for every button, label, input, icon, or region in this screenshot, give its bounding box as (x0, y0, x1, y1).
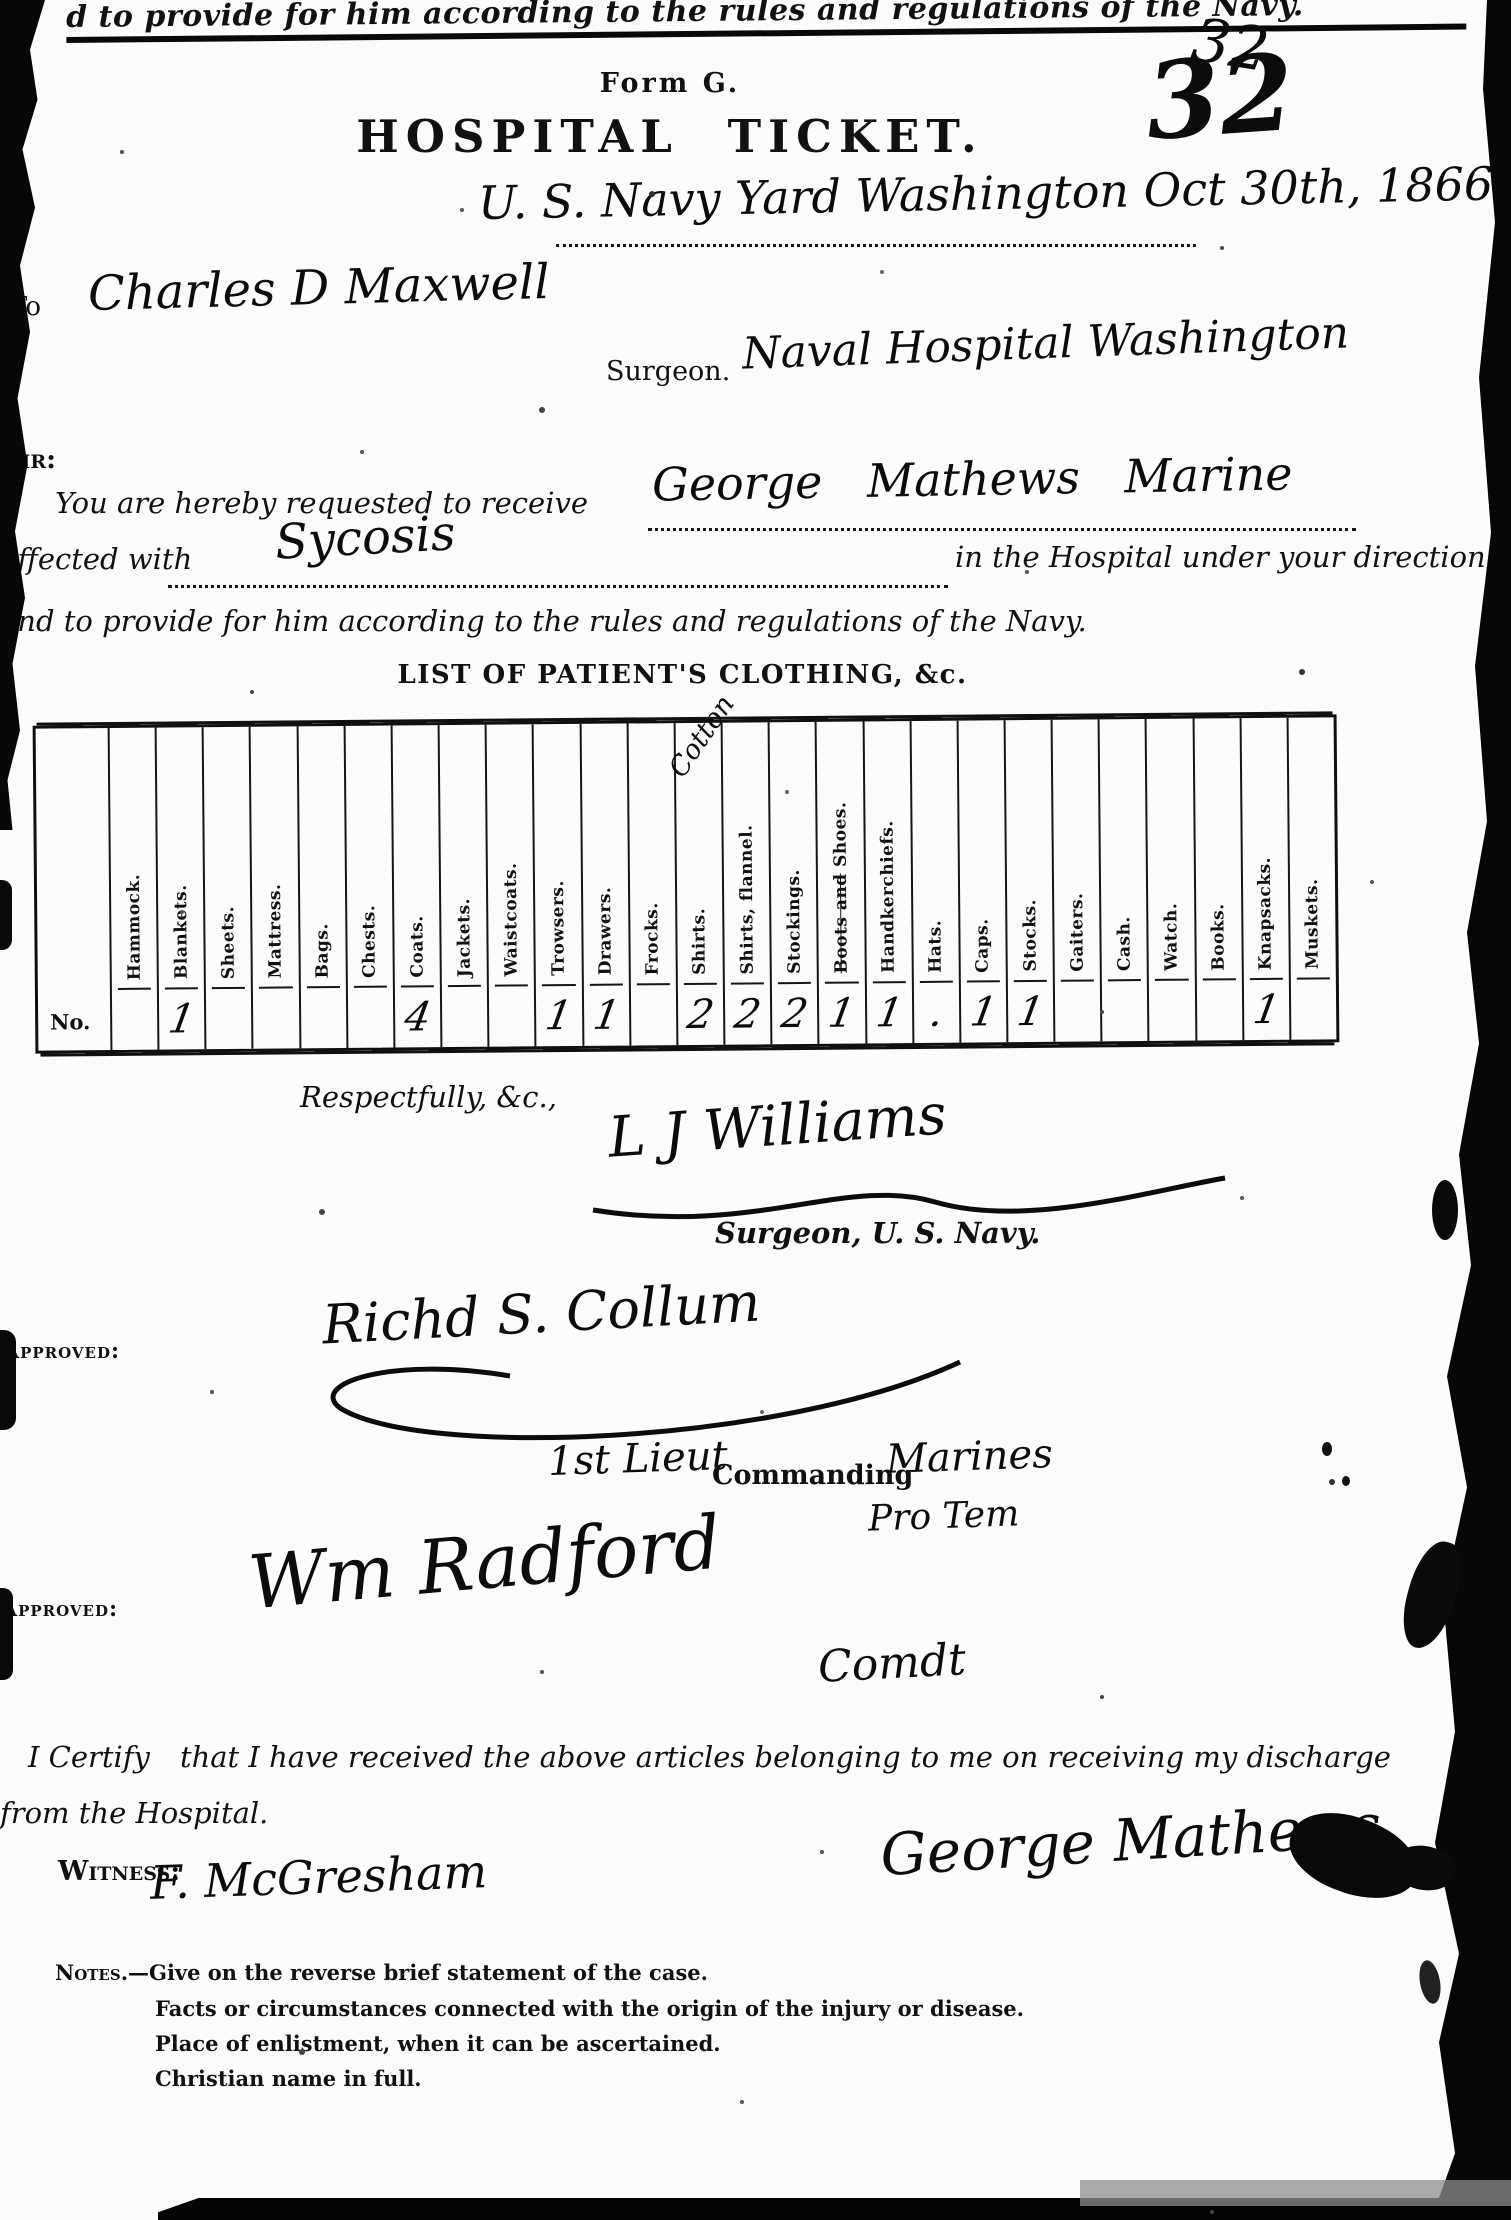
column-header: Bags. (313, 923, 333, 978)
column-header: Books. (1208, 903, 1229, 971)
clothing-column: Watch. (1145, 719, 1195, 1041)
clothing-column: Mattress. (249, 726, 299, 1048)
clothing-column: Hammock. (108, 728, 158, 1050)
column-header: Stocks. (1020, 899, 1041, 972)
approver-rank-handwritten: 1st Lieut (547, 1433, 728, 1485)
clothing-column: Jackets. (438, 725, 488, 1047)
column-header: Trowsers. (548, 880, 569, 976)
witness-signature: F. McGresham (149, 1844, 488, 1910)
column-value (1192, 980, 1247, 1040)
column-value: 1 (154, 989, 209, 1049)
column-header: Cash. (1114, 916, 1134, 971)
clothing-column: Knapsacks.1 (1239, 718, 1289, 1040)
direction-line: in the Hospital under your direction. (955, 540, 1495, 574)
clothing-table: No. Hammock.Blankets.1Sheets.Mattress.Ba… (33, 714, 1340, 1053)
certify-intro: I Certify (28, 1740, 150, 1774)
column-value: 1 (862, 983, 917, 1043)
clothing-column: Coats.4 (391, 725, 441, 1047)
clothing-column: Boots and Shoes.1 (815, 721, 865, 1043)
column-value: 1 (532, 986, 587, 1046)
column-header: Chests. (360, 905, 381, 978)
form-number-label: Form G. (0, 68, 1340, 99)
column-value (249, 988, 304, 1048)
column-header: Gaiters. (1067, 892, 1088, 971)
column-header: Drawers. (595, 887, 616, 976)
column-header: Blankets. (171, 885, 192, 980)
column-value (201, 989, 256, 1049)
column-header: Jackets. (454, 897, 475, 977)
provide-line: and to provide for him according to the … (0, 604, 1087, 638)
clothing-column: Cash. (1098, 719, 1148, 1041)
dateline: U. S. Navy Yard Washington Oct 30th, 186… (478, 156, 1511, 230)
column-value: 1 (1003, 982, 1058, 1042)
column-header: Mattress. (265, 884, 286, 979)
certify-body: that I have received the above articles … (180, 1740, 1391, 1774)
certification-line-2: from the Hospital. (0, 1796, 268, 1830)
folio-number-heavy: 32 (1142, 29, 1298, 164)
respectfully-line: Respectfully, &c., (300, 1080, 557, 1114)
surgeon-label: Surgeon. (606, 356, 730, 387)
bottom-scan-shadow (1080, 2180, 1511, 2206)
ink-speck (1322, 1442, 1332, 1456)
note-item-3: Place of enlistment, when it can be asce… (155, 2031, 721, 2056)
column-header: Boots and Shoes. (830, 802, 851, 974)
clothing-column: Frocks. (626, 723, 676, 1045)
commandant-title: Comdt (817, 1634, 967, 1693)
left-edge-blob (0, 1330, 16, 1430)
approver-signature-1: Richd S. Collum (321, 1271, 762, 1357)
notes-line: Notes.—Give on the reverse brief stateme… (55, 1960, 708, 1985)
clothing-column: Drawers.1 (579, 724, 629, 1046)
column-header: Knapsacks. (1255, 857, 1276, 970)
note-item-1: Give on the reverse brief statement of t… (149, 1960, 708, 1985)
column-header: Frocks. (642, 902, 663, 975)
clothing-column: Handkerchiefs.1 (862, 721, 912, 1043)
pro-tem-note: Pro Tem (867, 1493, 1020, 1539)
approver-corps-handwritten: Marines (885, 1431, 1053, 1483)
dateline-rule (556, 244, 1196, 247)
patient-name-rule (648, 528, 1356, 531)
column-header: Stockings. (784, 869, 805, 974)
patient-name: George Mathews Marine (652, 446, 1293, 511)
clothing-column: Sheets. (202, 727, 252, 1049)
certification-line: I Certifythat I have received the above … (28, 1740, 1391, 1774)
surgeon-station: Naval Hospital Washington (741, 307, 1350, 379)
column-value: 4 (390, 987, 445, 1047)
column-header: Hammock. (123, 873, 144, 980)
clothing-column: Hats.. (909, 721, 959, 1043)
clothing-column: Chests. (343, 726, 393, 1048)
disease-rule (168, 585, 948, 588)
clothing-column: Trowsers.1 (532, 724, 582, 1046)
column-value (343, 988, 398, 1048)
surgeon-title: Surgeon, U. S. Navy. (715, 1216, 1040, 1250)
clothing-column: Waistcoats. (485, 724, 535, 1046)
column-value (1286, 979, 1341, 1039)
column-value (1145, 981, 1200, 1041)
surgeon-signature: L J Williams (606, 1082, 948, 1170)
column-header: Shirts. (690, 908, 711, 975)
ink-speck (1342, 1476, 1350, 1486)
clothing-column: Books. (1192, 718, 1242, 1040)
clothing-column: Muskets. (1286, 717, 1336, 1039)
column-header: Caps. (973, 918, 993, 973)
clothing-column: Shirts, flannel.2 (721, 722, 771, 1044)
approver-rank-printed: Commanding (712, 1460, 913, 1491)
notes-label: Notes.— (55, 1960, 149, 1985)
column-value (296, 988, 351, 1048)
column-header: Watch. (1161, 903, 1182, 971)
column-value: 2 (720, 984, 775, 1044)
disease-name: Sycosis (274, 505, 457, 570)
left-edge-blob (0, 1588, 13, 1680)
page-title: HOSPITAL TICKET. (0, 110, 1340, 163)
approved-label-1: Approved: (2, 1338, 120, 1364)
column-header: Shirts, flannel. (736, 824, 757, 974)
left-edge-blob (0, 880, 12, 950)
approved-label-2: Approved: (0, 1596, 118, 1622)
column-value (626, 985, 681, 1045)
column-header: Handkerchiefs. (878, 820, 899, 973)
clothing-column: Caps.1 (956, 720, 1006, 1042)
column-value: 1 (1239, 980, 1294, 1040)
approver-signature-2: Wm Radford (245, 1500, 724, 1627)
column-value: 1 (814, 983, 869, 1043)
column-value: . (909, 983, 964, 1043)
right-edge-blob (1432, 1180, 1458, 1240)
column-value: 2 (767, 984, 822, 1044)
column-value: 1 (579, 985, 634, 1045)
column-header: Coats. (407, 915, 428, 977)
column-value (437, 987, 492, 1047)
clothing-column: Shirts.Cotton2 (673, 723, 723, 1045)
note-item-4: Christian name in full. (155, 2066, 422, 2091)
right-edge-blob (1416, 1959, 1443, 2006)
clothing-column: Gaiters. (1051, 719, 1101, 1041)
clothing-column: Blankets.1 (155, 727, 205, 1049)
affected-with-label: affected with (0, 542, 192, 576)
no-row-label: No. (36, 728, 111, 1051)
clothing-column: Stockings.2 (768, 722, 818, 1044)
paper-speckles (120, 150, 124, 154)
column-value (1050, 981, 1105, 1041)
column-header: Hats. (926, 920, 946, 973)
column-value (107, 990, 162, 1050)
clothing-column: Stocks.1 (1004, 720, 1054, 1042)
column-value (484, 986, 539, 1046)
column-header: Muskets. (1302, 879, 1323, 970)
column-header: Waistcoats. (501, 862, 522, 976)
column-value (1097, 981, 1152, 1041)
note-item-2: Facts or circumstances connected with th… (155, 1996, 1024, 2021)
clothing-column: Bags. (296, 726, 346, 1048)
clothing-list-heading: LIST OF PATIENT'S CLOTHING, &c. (0, 660, 1365, 690)
column-value: 1 (956, 982, 1011, 1042)
column-header: Sheets. (218, 906, 239, 979)
column-value: 2 (673, 985, 728, 1045)
addressee-name: Charles D Maxwell (87, 254, 550, 322)
